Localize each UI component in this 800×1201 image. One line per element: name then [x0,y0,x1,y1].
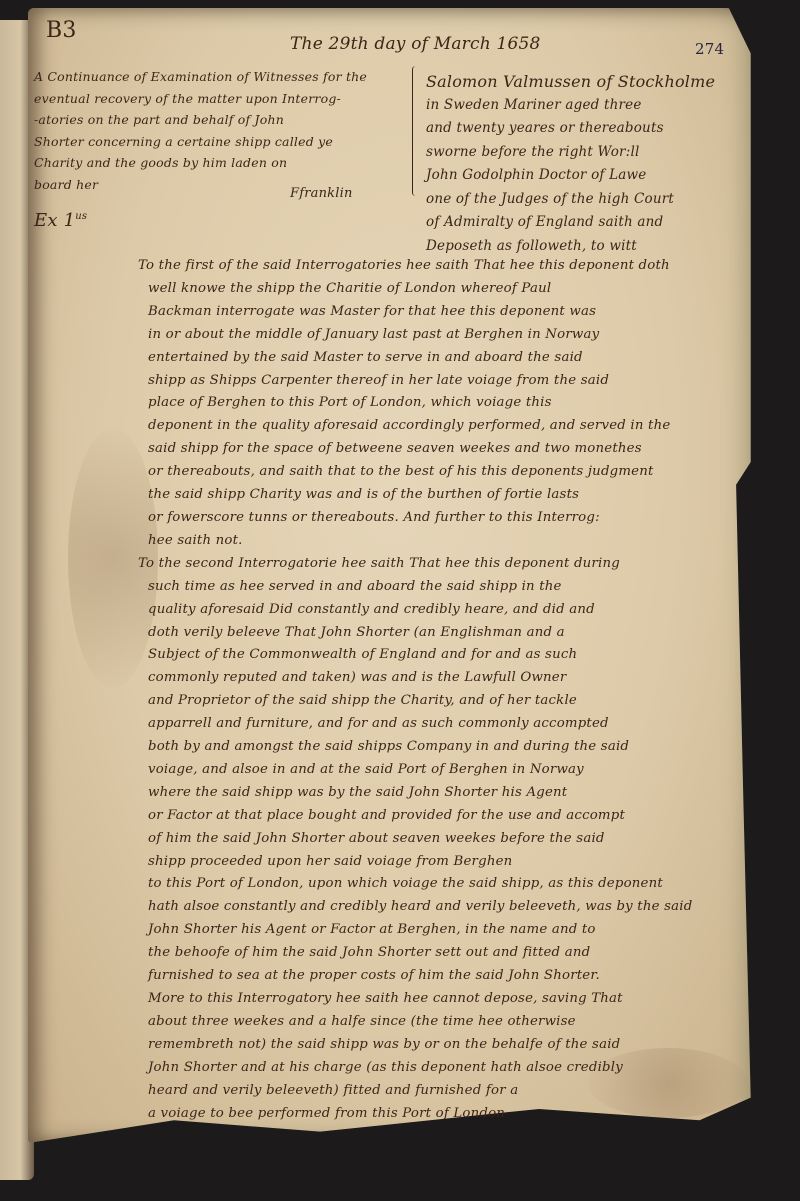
deposition-line: More to this Interrogatory hee saith hee… [148,988,692,1011]
deposition-line: shipp proceeded upon her said voiage fro… [148,851,692,874]
deposition-line: furnished to sea at the proper costs of … [148,965,692,988]
margin-note-line: A Continuance of Examination of Witnesse… [34,66,384,88]
deposition-line: commonly reputed and taken) was and is t… [148,667,692,690]
deposition-line: such time as hee served in and aboard th… [148,576,692,599]
deposition-line: hath alsoe constantly and credibly heard… [148,896,692,919]
deponent-line: one of the Judges of the high Court [426,188,715,212]
deponent-line: in Sweden Mariner aged three [426,94,715,118]
deposition-line: doth verily beleeve That John Shorter (a… [148,622,692,645]
margin-note-line: Charity and the goods by him laden on [34,152,384,174]
deposition-line: said shipp for the space of betweene sea… [148,438,692,461]
deposition-line: well knowe the shipp the Charitie of Lon… [148,278,692,301]
deposition-line: John Shorter his Agent or Factor at Berg… [148,919,692,942]
deposition-line: hee saith not. [148,530,692,553]
examination-mark: Ex 1us [34,210,87,231]
deposition-line: a voiage to bee performed from this Port… [148,1103,692,1126]
deposition-line: quality aforesaid Did constantly and cre… [148,599,692,622]
examination-mark-sup: us [75,211,87,222]
deposition-line: entertained by the said Master to serve … [148,347,692,370]
deponent-line: of Admiralty of England saith and [426,211,715,235]
margin-note-line: -atories on the part and behalf of John [34,109,384,131]
deposition-line: John Shorter and at his charge (as this … [148,1057,692,1080]
deposition-line: about three weekes and a halfe since (th… [148,1011,692,1034]
deposition-line: remembreth not) the said shipp was by or… [148,1034,692,1057]
deposition-line: Backman interrogate was Master for that … [148,301,692,324]
date-heading: The 29th day of March 1658 [290,34,541,54]
deposition-line: shipp as Shipps Carpenter thereof in her… [148,370,692,393]
deponent-line: Salomon Valmussen of Stockholme [426,70,715,94]
deposition-line: the said shipp Charity was and is of the… [148,484,692,507]
deponent-line: and twenty yeares or thereabouts [426,117,715,141]
bracket-divider [412,66,419,196]
examination-mark-text: Ex 1 [34,210,75,231]
deposition-line: place of Berghen to this Port of London,… [148,392,692,415]
deposition-line: deponent in the quality aforesaid accord… [148,415,692,438]
deposition-line: or Factor at that place bought and provi… [148,805,692,828]
clerk-signature: Ffranklin [290,186,353,201]
margin-note-line: eventual recovery of the matter upon Int… [34,88,384,110]
page-number: 274 [695,40,724,58]
deposition-line: voiage, and alsoe in and at the said Por… [148,759,692,782]
deposition-line: To the second Interrogatorie hee saith T… [138,553,692,576]
deponent-line: John Godolphin Doctor of Lawe [426,164,715,188]
deposition-line: To the first of the said Interrogatories… [138,255,692,278]
margin-note-line: Shorter concerning a certaine shipp call… [34,131,384,153]
deposition-body: To the first of the said Interrogatories… [148,255,692,1125]
deposition-line: apparrell and furniture, and for and as … [148,713,692,736]
margin-note: A Continuance of Examination of Witnesse… [34,66,384,195]
deposition-line: of him the said John Shorter about seave… [148,828,692,851]
deposition-line: in or about the middle of January last p… [148,324,692,347]
deposition-line: or fowerscore tunns or thereabouts. And … [148,507,692,530]
deposition-line: Subject of the Commonwealth of England a… [148,644,692,667]
deposition-line: both by and amongst the said shipps Comp… [148,736,692,759]
deposition-line: heard and verily beleeveth) fitted and f… [148,1080,692,1103]
deposition-line: to this Port of London, upon which voiag… [148,873,692,896]
deponent-block: Salomon Valmussen of Stockholme in Swede… [426,70,715,258]
deposition-line: where the said shipp was by the said Joh… [148,782,692,805]
deposition-line: the behoofe of him the said John Shorter… [148,942,692,965]
deposition-line: and Proprietor of the said shipp the Cha… [148,690,692,713]
deposition-line: or thereabouts, and saith that to the be… [148,461,692,484]
deponent-line: sworne before the right Wor:ll [426,141,715,165]
folio-mark: B3 [46,18,77,43]
